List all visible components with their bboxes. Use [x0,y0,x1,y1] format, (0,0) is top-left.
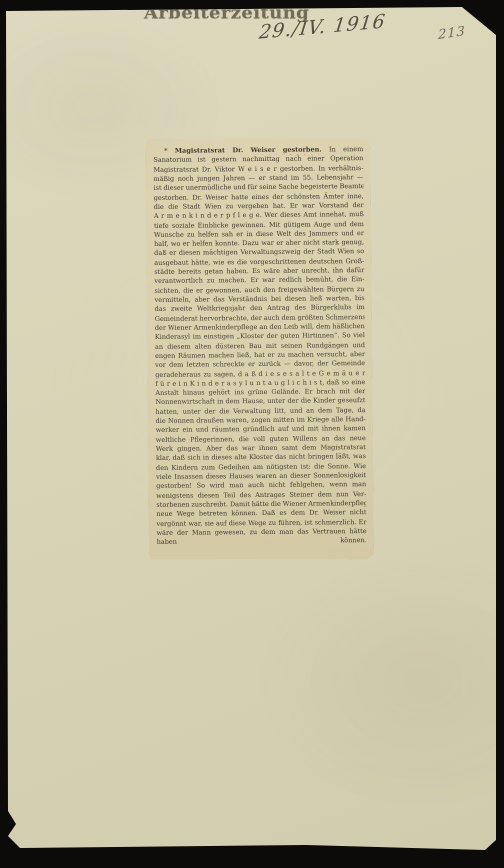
newspaper-clipping: * Magistratsrat Dr. Weiser gestorben. In… [145,137,374,561]
article-line: haben können. [157,536,367,547]
headline-bold: Magistratsrat Dr. [175,146,243,155]
page-number-annotation: 213 [438,24,466,43]
scan-background: Arbeiterzeitung 29./IV. 1916 213 * Magis… [0,0,504,868]
headline-star: * [164,147,167,155]
article-body: Sanatorium ist gestern nachmittag nach e… [153,154,366,547]
headline-underlined-red: Weiser gestorben. [251,145,322,154]
paper-sheet: Arbeiterzeitung 29./IV. 1916 213 * Magis… [6,7,496,850]
headline-tail: In einem [329,145,363,153]
